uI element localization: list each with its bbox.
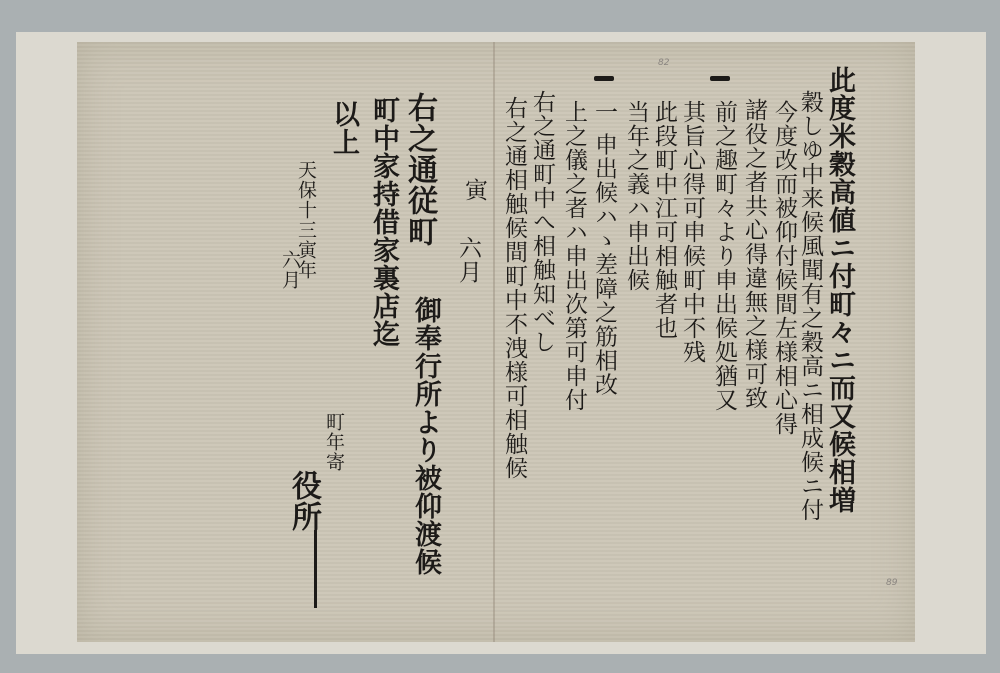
- text-column-l2: 町中家持借家裏店迄: [370, 96, 397, 348]
- text-column-r6: 其旨心得可申候町中不残: [680, 100, 703, 364]
- text-column-r8: 当年之義ハ申出候: [624, 100, 647, 292]
- text-column-r10: 上之儀之者ハ申出次第可申付: [562, 100, 585, 412]
- text-column-l1: 右之通従町: [404, 92, 434, 247]
- item-mark-1: [710, 76, 730, 81]
- page-fold-line: [493, 42, 495, 642]
- text-column-r4: 諸役之者共心得違無之様可致: [742, 98, 765, 410]
- page-number-top: 82: [658, 58, 669, 68]
- item-mark-2: [594, 76, 614, 81]
- text-column-r12: 右之通相触候間町中不洩様可相触候: [502, 96, 525, 480]
- signature-office: 町年寄: [324, 412, 343, 472]
- signature-title: 役所: [288, 470, 318, 532]
- text-column-r11: 右之通町中へ相触知べし: [530, 90, 553, 354]
- text-column-r9: 一 申出候ハゝ差障之筋相改: [592, 100, 615, 396]
- date-month-left: 六月: [280, 250, 299, 290]
- page-number-bottom: 89: [886, 578, 897, 588]
- text-column-r3: 今度改而被仰付候間左様相心得: [772, 100, 795, 436]
- date-era-mark: 寅: [462, 178, 485, 202]
- date-month: 六月: [456, 236, 479, 284]
- text-column-r2: 穀しゆ中来候風聞有之穀高ニ相成候ニ付: [798, 90, 821, 522]
- text-column-r5: 前之趣町々より申出候処猶又: [712, 100, 735, 412]
- text-column-l4: 以上: [330, 100, 357, 156]
- text-column-r1: 此度米穀高値ニ付町々ニ而又候相増: [826, 66, 853, 514]
- text-column-l3: 御奉行所より被仰渡候: [412, 296, 439, 576]
- text-column-r7: 此段町中江可相触者也: [652, 100, 675, 340]
- signature-stroke: [314, 530, 317, 608]
